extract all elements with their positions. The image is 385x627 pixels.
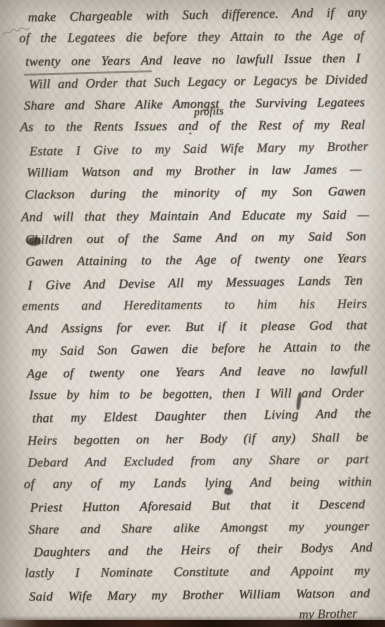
manuscript-line-text: Said Wife Mary my Brother William Watson…	[29, 585, 370, 604]
manuscript-line-text: William Watson and my Brother in law Jam…	[27, 161, 362, 180]
manuscript-line-text: As to the Rents Issues and of the Rest o…	[20, 117, 365, 134]
manuscript-text-block: make Chargeable with Such difference. An…	[0, 2, 385, 608]
manuscript-line-text: And Assigns for ever. But if it please G…	[26, 317, 367, 336]
manuscript-line-text: my Said Son Gawen die before he Attain t…	[31, 339, 370, 359]
manuscript-line-text: ements and Hereditaments to him his Heir…	[22, 296, 367, 313]
page-bottom-edge	[0, 620, 385, 627]
interlinear-insertion: profits	[194, 107, 224, 119]
manuscript-line-text: lastly I Nominate Constitute and Appoint…	[25, 563, 370, 580]
manuscript-line-text: Priest Hutton Aforesaid But that it Desc…	[30, 496, 365, 515]
ink-blot	[27, 237, 41, 246]
manuscript-line-text: of any of my Lands lying And being withi…	[24, 474, 372, 491]
insertion-caret: ‸	[189, 125, 192, 134]
manuscript-line: Said Wife Mary my Brother William Watson…	[3, 582, 385, 608]
manuscript-line-text: Age of twenty one Years And leave no law…	[27, 362, 368, 381]
manuscript-line-text: And will that they Maintain And Educate …	[21, 206, 369, 223]
manuscript-line-text: Share and Share alike Amongst my younger	[28, 518, 369, 537]
manuscript-line-text: that my Eldest Daughter then Living And …	[32, 406, 371, 426]
manuscript-line-text: Will and Order that Such Legacy or Legac…	[29, 71, 368, 91]
manuscript-line-text: of the Legatees die before they Attain t…	[19, 28, 364, 45]
manuscript-line: of any of my Lands lying And being withi…	[2, 471, 385, 496]
manuscript-page: make Chargeable with Such difference. An…	[0, 0, 385, 627]
manuscript-line-text: Debard And Excluded from any Share or pa…	[28, 451, 369, 470]
manuscript-line-text: Estate I Give to my Said Wife Mary my Br…	[29, 138, 368, 158]
manuscript-line: Clackson during the minority of my Son G…	[0, 180, 384, 206]
manuscript-line-text: Daughters and the Heirs of their Bodys A…	[33, 539, 372, 559]
manuscript-line-text: Children out of the Same And on my Said …	[25, 228, 366, 247]
manuscript-line: lastly I Nominate Constitute and Appoint…	[3, 560, 385, 585]
manuscript-line-text: Issue by him to be begotten, then I Will…	[29, 385, 364, 402]
manuscript-line-text: Gawen Attaining to the Age of twenty one…	[25, 250, 366, 269]
manuscript-line-text: make Chargeable with Such difference. An…	[28, 4, 367, 24]
manuscript-line-text: Heirs begotten on her Body (if any) Shal…	[27, 429, 368, 448]
manuscript-line-text: Clackson during the minority of my Son G…	[25, 184, 366, 203]
manuscript-line-text: twenty one Years And leave no lawfull Is…	[25, 50, 360, 69]
ink-blot	[224, 488, 233, 495]
manuscript-line-text: I Give And Devise All my Messuages Lands…	[28, 272, 363, 292]
